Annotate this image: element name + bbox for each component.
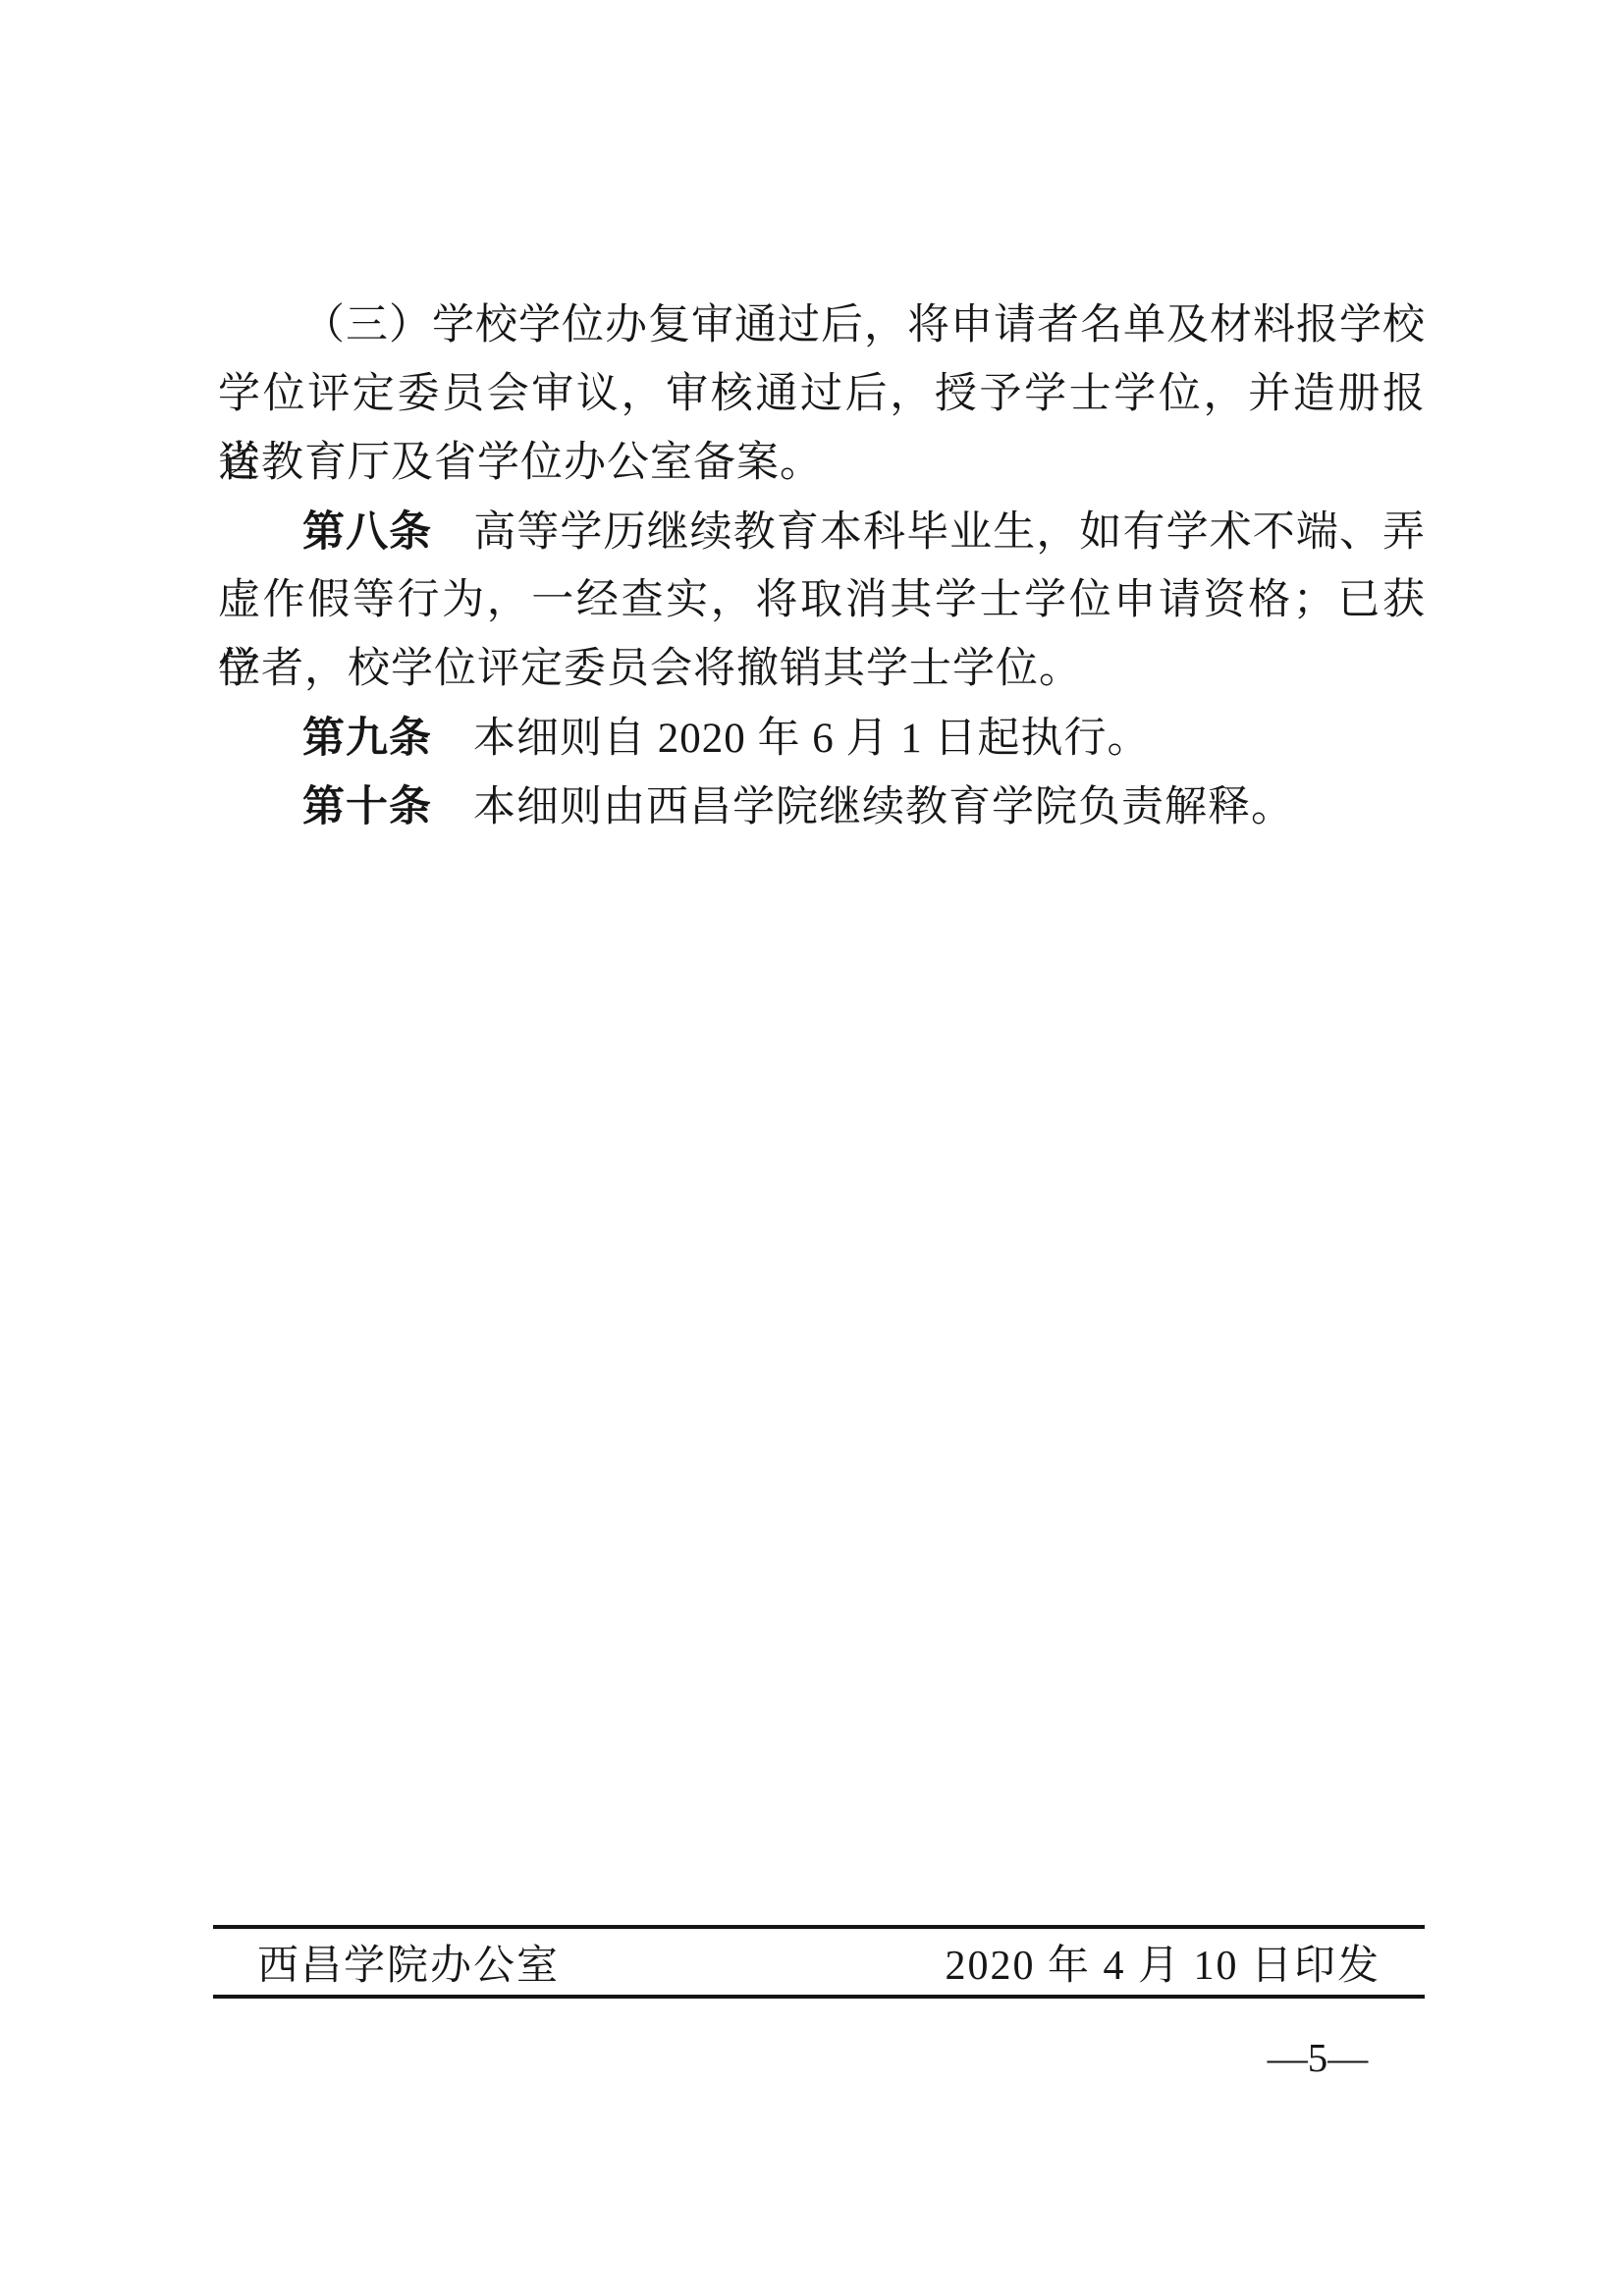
page-number: —5— [1249,2034,1386,2081]
article10-term: 第十条 [302,783,432,830]
clause3-line-3: 省教育厅及省学位办公室备案。 [218,429,1426,498]
document-body: （三）学校学位办复审通过后，将申请者名单及材料报学校 学位评定委员会审议，审核通… [218,292,1426,841]
footer-bottom-rule [213,1995,1425,1999]
article8-line-3-text: 位者，校学位评定委员会将撤销其学士学位。 [218,646,1082,692]
clause3-line-1: （三）学校学位办复审通过后，将申请者名单及材料报学校 [218,292,1426,360]
article9-text: 本细则自 2020 年 6 月 1 日起执行。 [473,716,1151,762]
clause3-line-2: 学位评定委员会审议，审核通过后，授予学士学位，并造册报送 [218,360,1426,429]
article10-line: 第十条本细则由西昌学院继续教育学院负责解释。 [218,773,1426,841]
clause3-line-3-text: 省教育厅及省学位办公室备案。 [218,440,823,486]
clause3-line-1-text: （三）学校学位办复审通过后，将申请者名单及材料报学校 [302,302,1426,348]
article10-text: 本细则由西昌学院继续教育学院负责解释。 [473,784,1294,830]
footer-row: 西昌学院办公室 2020 年 4 月 10 日印发 [213,1930,1425,1995]
article8-term: 第八条 [302,508,432,556]
article8-line-1-text: 高等学历继续教育本科毕业生，如有学术不端、弄 [473,509,1426,556]
document-page: （三）学校学位办复审通过后，将申请者名单及材料报学校 学位评定委员会审议，审核通… [0,0,1624,2296]
article9-term: 第九条 [302,715,432,762]
article8-line-3: 位者，校学位评定委员会将撤销其学士学位。 [218,635,1426,704]
article8-line-1: 第八条高等学历继续教育本科毕业生，如有学术不端、弄 [218,498,1426,566]
article8-line-2: 虚作假等行为，一经查实，将取消其学士学位申请资格；已获学 [218,566,1426,635]
footer-top-rule [213,1925,1425,1929]
footer-print-date: 2020 年 4 月 10 日印发 [945,1933,1380,1992]
article9-line: 第九条本细则自 2020 年 6 月 1 日起执行。 [218,704,1426,773]
footer-issuer: 西昌学院办公室 [257,1933,560,1992]
